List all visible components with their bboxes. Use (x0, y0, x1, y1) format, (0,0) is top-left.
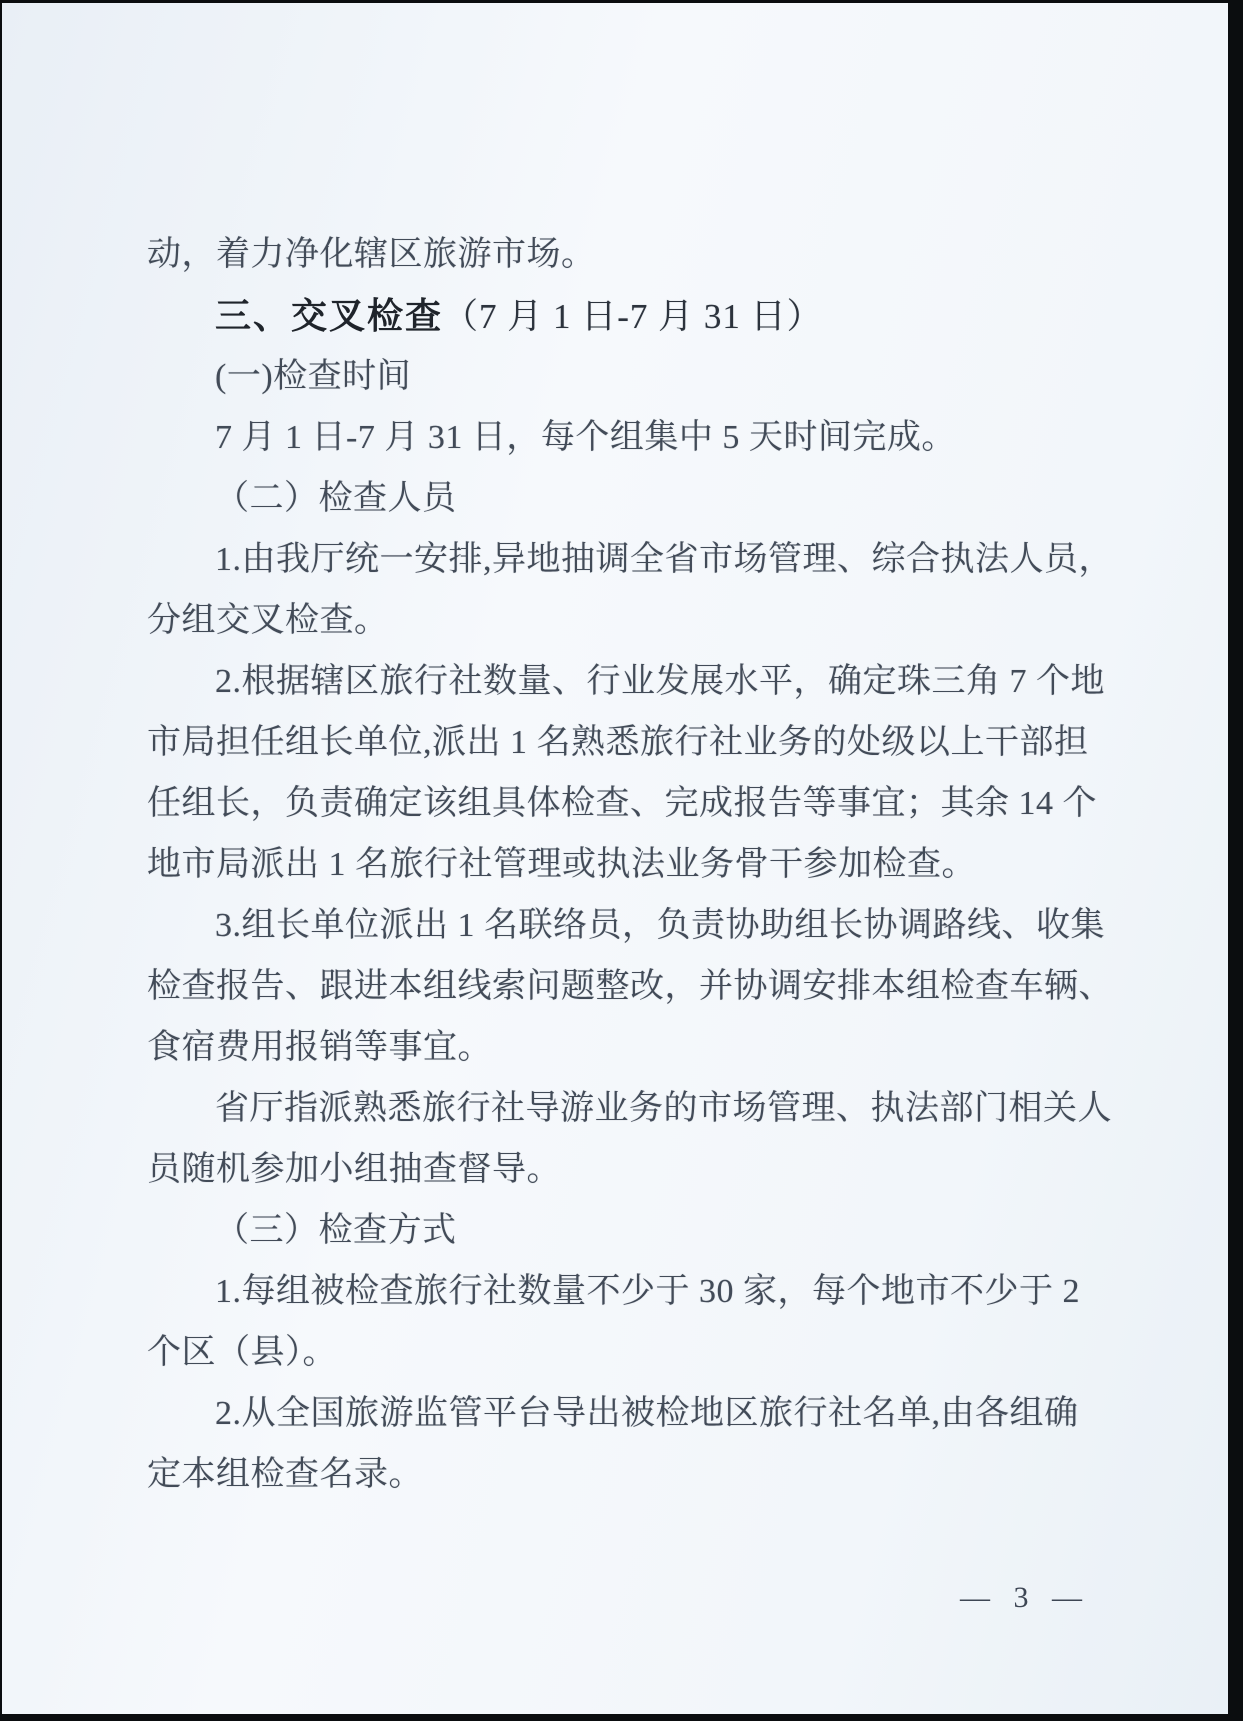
body-line: 个区（县）。 (147, 1322, 1095, 1383)
body-line: 3.组长单位派出 1 名联络员，负责协助组长协调路线、收集 (147, 895, 1095, 956)
subsection-heading: （二）检查人员 (147, 468, 1095, 529)
body-line: 动，着力净化辖区旅游市场。 (147, 224, 1095, 285)
body-line: 市局担任组长单位,派出 1 名熟悉旅行社业务的处级以上干部担 (147, 712, 1095, 773)
body-line: 定本组检查名录。 (147, 1444, 1095, 1505)
page-number: — 3 — (960, 1581, 1090, 1615)
subsection-heading: （三）检查方式 (147, 1200, 1095, 1261)
body-line: 2.根据辖区旅行社数量、行业发展水平，确定珠三角 7 个地 (147, 651, 1095, 712)
document-page: 动，着力净化辖区旅游市场。 三、交叉检查（7 月 1 日-7 月 31 日） (… (2, 3, 1228, 1714)
body-line: 任组长，负责确定该组具体检查、完成报告等事宜；其余 14 个 (147, 773, 1095, 834)
document-body: 动，着力净化辖区旅游市场。 三、交叉检查（7 月 1 日-7 月 31 日） (… (147, 224, 1095, 1505)
body-line: 1.由我厅统一安排,异地抽调全省市场管理、综合执法人员， (147, 529, 1095, 590)
body-line: 食宿费用报销等事宜。 (147, 1017, 1095, 1078)
scan-border: 动，着力净化辖区旅游市场。 三、交叉检查（7 月 1 日-7 月 31 日） (… (0, 0, 1243, 1721)
body-line: 地市局派出 1 名旅行社管理或执法业务骨干参加检查。 (147, 834, 1095, 895)
section-heading-title: 三、交叉检查 (215, 295, 443, 336)
section-heading: 三、交叉检查（7 月 1 日-7 月 31 日） (147, 285, 1095, 346)
body-line: 省厅指派熟悉旅行社导游业务的市场管理、执法部门相关人 (147, 1078, 1095, 1139)
body-line: 2.从全国旅游监管平台导出被检地区旅行社名单,由各组确 (147, 1383, 1095, 1444)
body-line: 1.每组被检查旅行社数量不少于 30 家，每个地市不少于 2 (147, 1261, 1095, 1322)
body-line: 分组交叉检查。 (147, 590, 1095, 651)
body-line: 检查报告、跟进本组线索问题整改，并协调安排本组检查车辆、 (147, 956, 1095, 1017)
body-line: 员随机参加小组抽查督导。 (147, 1139, 1095, 1200)
section-heading-dates: （7 月 1 日-7 月 31 日） (443, 297, 823, 336)
subsection-heading: (一)检查时间 (147, 346, 1095, 407)
body-line: 7 月 1 日-7 月 31 日，每个组集中 5 天时间完成。 (147, 407, 1095, 468)
